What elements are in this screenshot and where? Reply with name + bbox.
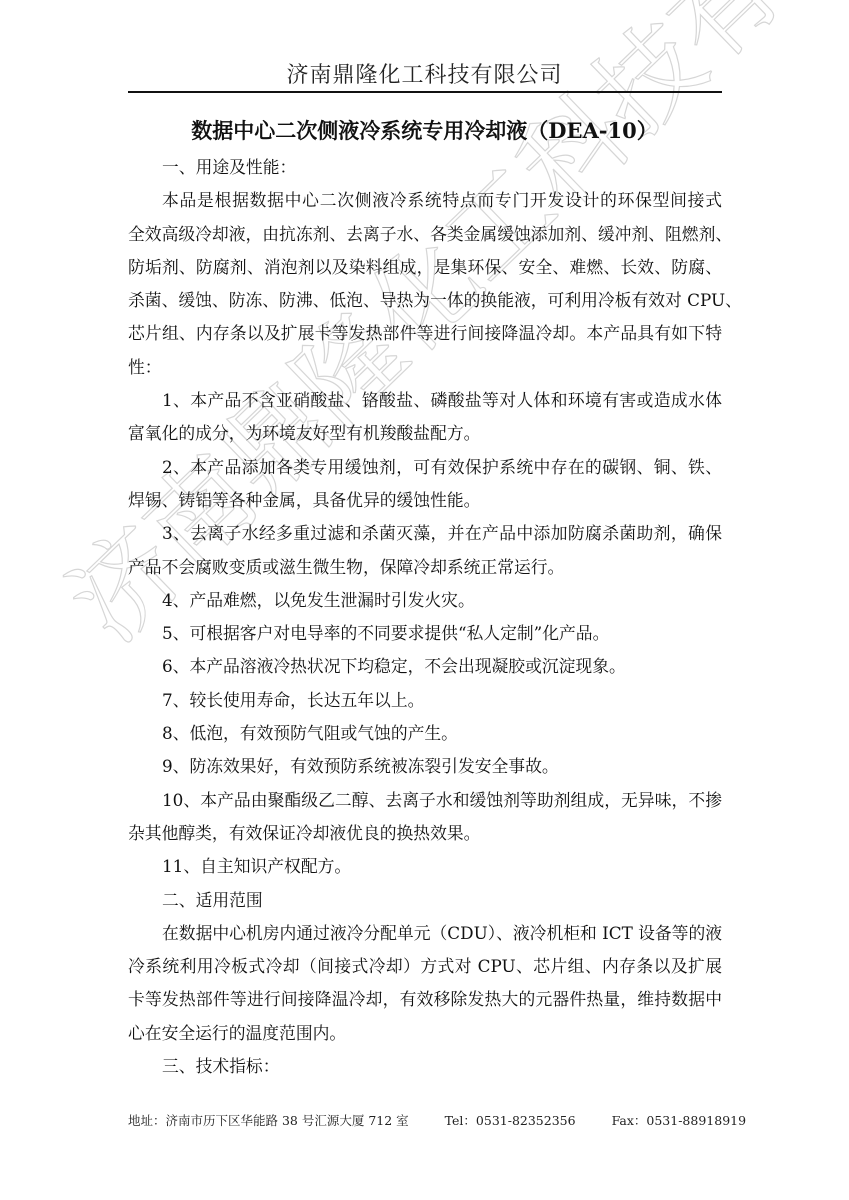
feature-item-10-cont: 杂其他醇类，有效保证冷却液优良的换热效果。 — [128, 817, 722, 850]
paragraph-line: 心在安全运行的温度范围内。 — [128, 1017, 722, 1050]
section-heading-specs: 三、技术指标： — [128, 1050, 722, 1083]
section-heading-scope: 二、适用范围 — [128, 884, 722, 917]
paragraph-line: 全效高级冷却液，由抗冻剂、去离子水、各类金属缓蚀添加剂、缓冲剂、阻燃剂、 — [128, 218, 722, 251]
paragraph-line: 芯片组、内存条以及扩展卡等发热部件等进行间接降温冷却。本产品具有如下特 — [128, 317, 722, 350]
feature-item-8: 8、低泡，有效预防气阻或气蚀的产生。 — [128, 717, 722, 750]
document-body: 一、用途及性能： 本品是根据数据中心二次侧液冷系统特点而专门开发设计的环保型间接… — [128, 151, 722, 1083]
paragraph-line: 杀菌、缓蚀、防冻、防沸、低泡、导热为一体的换能液，可利用冷板有效对 CPU、 — [128, 284, 722, 317]
feature-item-2: 2、本产品添加各类专用缓蚀剂，可有效保护系统中存在的碳钢、铜、铁、 — [128, 451, 722, 484]
section-heading-usage: 一、用途及性能： — [128, 151, 722, 184]
paragraph-line: 防垢剂、防腐剂、消泡剂以及染料组成，是集环保、安全、难燃、长效、防腐、 — [128, 251, 722, 284]
paragraph-line: 本品是根据数据中心二次侧液冷系统特点而专门开发设计的环保型间接式 — [128, 184, 722, 217]
paragraph-line: 在数据中心机房内通过液冷分配单元（CDU）、液冷机柜和 ICT 设备等的液 — [128, 917, 722, 950]
feature-item-9: 9、防冻效果好，有效预防系统被冻裂引发安全事故。 — [128, 750, 722, 783]
feature-item-11: 11、自主知识产权配方。 — [128, 850, 722, 883]
paragraph-line: 卡等发热部件等进行间接降温冷却，有效移除发热大的元器件热量，维持数据中 — [128, 983, 722, 1016]
feature-item-4: 4、产品难燃，以免发生泄漏时引发火灾。 — [128, 584, 722, 617]
feature-item-7: 7、较长使用寿命，长达五年以上。 — [128, 684, 722, 717]
feature-item-1-cont: 富氧化的成分，为环境友好型有机羧酸盐配方。 — [128, 417, 722, 450]
document-title: 数据中心二次侧液冷系统专用冷却液（DEA-10） — [0, 115, 849, 145]
footer-fax: Fax：0531-88918919 — [612, 1113, 747, 1128]
feature-item-2-cont: 焊锡、铸铝等各种金属，具备优异的缓蚀性能。 — [128, 484, 722, 517]
header-divider — [128, 91, 722, 93]
header-company-name: 济南鼎隆化工科技有限公司 — [0, 58, 849, 89]
footer-address: 地址：济南市历下区华能路 38 号汇源大厦 712 室 — [128, 1113, 409, 1128]
page-footer: 地址：济南市历下区华能路 38 号汇源大厦 712 室 Tel：0531-823… — [128, 1111, 778, 1129]
feature-item-6: 6、本产品溶液冷热状况下均稳定，不会出现凝胶或沉淀现象。 — [128, 650, 722, 683]
feature-item-5: 5、可根据客户对电导率的不同要求提供“私人定制”化产品。 — [128, 617, 722, 650]
feature-item-3: 3、去离子水经多重过滤和杀菌灭藻，并在产品中添加防腐杀菌助剂，确保 — [128, 517, 722, 550]
feature-item-3-cont: 产品不会腐败变质或滋生微生物，保障冷却系统正常运行。 — [128, 551, 722, 584]
feature-item-1: 1、本产品不含亚硝酸盐、铬酸盐、磷酸盐等对人体和环境有害或造成水体 — [128, 384, 722, 417]
footer-tel: Tel：0531-82352356 — [445, 1113, 576, 1128]
feature-item-10: 10、本产品由聚酯级乙二醇、去离子水和缓蚀剂等助剂组成，无异味，不掺 — [128, 784, 722, 817]
paragraph-line: 性： — [128, 351, 722, 384]
paragraph-line: 冷系统利用冷板式冷却（间接式冷却）方式对 CPU、芯片组、内存条以及扩展 — [128, 950, 722, 983]
document-page: 济南鼎隆化工科技有限公司 济南鼎隆化工科技有限公司 数据中心二次侧液冷系统专用冷… — [0, 0, 849, 1200]
